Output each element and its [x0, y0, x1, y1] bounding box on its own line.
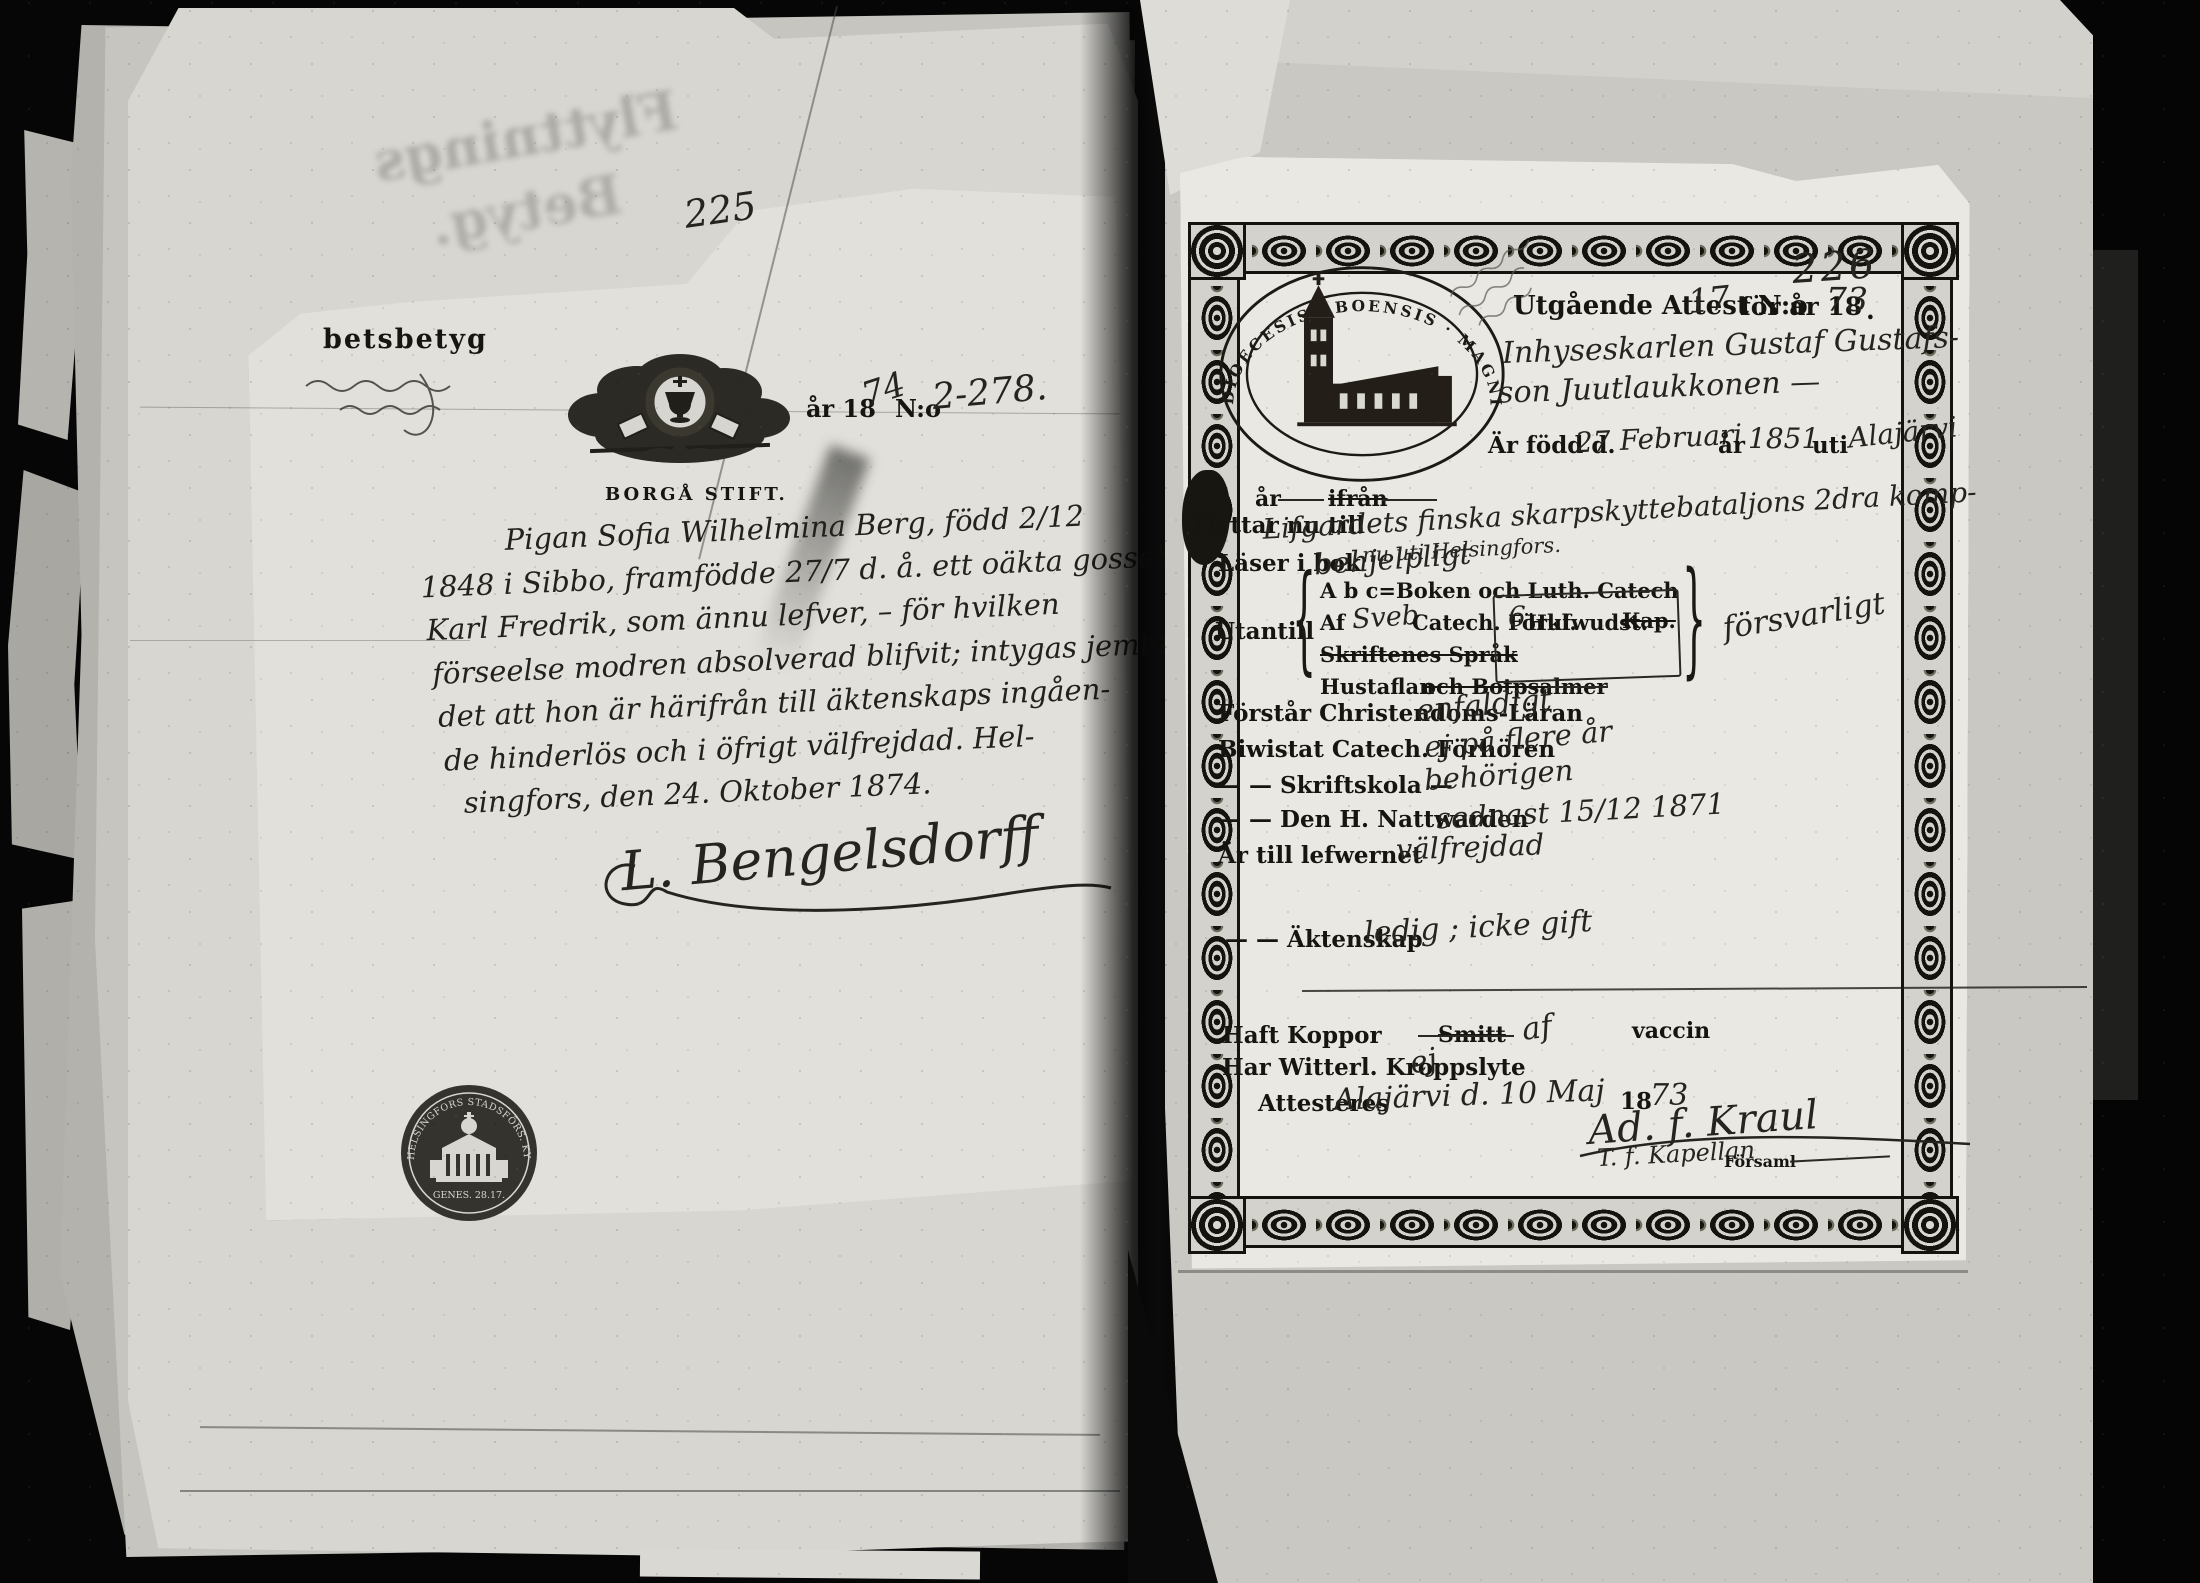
attest-year-hw: 73	[1826, 280, 1868, 319]
pencil-annotation	[1438, 212, 1603, 342]
dash-line	[1548, 686, 1608, 688]
helsingfors-church-seal: HELSINGFORS STADSFÖRS. KYRKOSIGILL. GENE…	[398, 1082, 540, 1224]
born-year-hw: 1851	[1748, 422, 1819, 455]
hand-drawn-box	[1493, 589, 1682, 683]
frame-bottom-border	[1188, 1196, 1953, 1248]
attest-number: 17	[1686, 278, 1732, 321]
frame-right-border	[1901, 222, 1953, 1248]
born-place-label: uti	[1812, 432, 1848, 459]
seal-verse: GENES. 28.17.	[433, 1190, 505, 1201]
row-label: — — Skriftskola —	[1218, 772, 1453, 799]
strike-line	[1382, 499, 1437, 501]
handwritten-scribble	[298, 356, 508, 436]
utantill-line3: Skriftenes Språk	[1320, 642, 1518, 667]
opening-brace: {	[1292, 550, 1316, 686]
born-year-label: år	[1718, 432, 1745, 459]
signature-flourish	[575, 850, 1120, 935]
origin-year-label: år	[1255, 486, 1281, 512]
borga-stift-label: BORGÅ STIFT.	[605, 484, 788, 505]
koppor-vaccin: vaccin	[1632, 1018, 1710, 1044]
attest-bottom-shadow	[1178, 1270, 1968, 1273]
closing-brace: }	[1682, 545, 1706, 690]
row-value: välfrejdad	[1395, 827, 1544, 866]
borga-stift-emblem	[562, 340, 797, 485]
frame-corner	[1901, 222, 1959, 280]
film-edge-texture	[2093, 250, 2138, 1100]
stack-edge	[180, 1490, 1120, 1492]
strike-line	[1278, 499, 1324, 501]
frame-corner	[1188, 1196, 1246, 1254]
frame-corner	[1901, 1196, 1959, 1254]
certificate-body: Pigan Sofia Wilhelmina Berg, född 2/12 1…	[412, 493, 1124, 827]
scanned-book-opening: Flyttnings Betyg. 225 betsbetyg BORGÅ	[0, 0, 2200, 1583]
row-label: Är till lefwernet	[1218, 842, 1423, 869]
utantill-line2-sveb: Sveb	[1351, 600, 1420, 636]
koppor-hw: af	[1520, 1008, 1555, 1048]
utantill-line2-af: Af	[1320, 610, 1345, 635]
attest-period: .	[1866, 296, 1875, 325]
certificate-title-fragment: betsbetyg	[323, 324, 488, 355]
torn-scrap	[18, 130, 80, 440]
koppor-label: Haft Koppor	[1222, 1022, 1382, 1049]
strike-line	[1418, 1035, 1514, 1037]
signature-right-printed: Församl	[1724, 1152, 1796, 1171]
bottom-sliver	[640, 1549, 980, 1580]
torn-scrap	[8, 470, 86, 860]
